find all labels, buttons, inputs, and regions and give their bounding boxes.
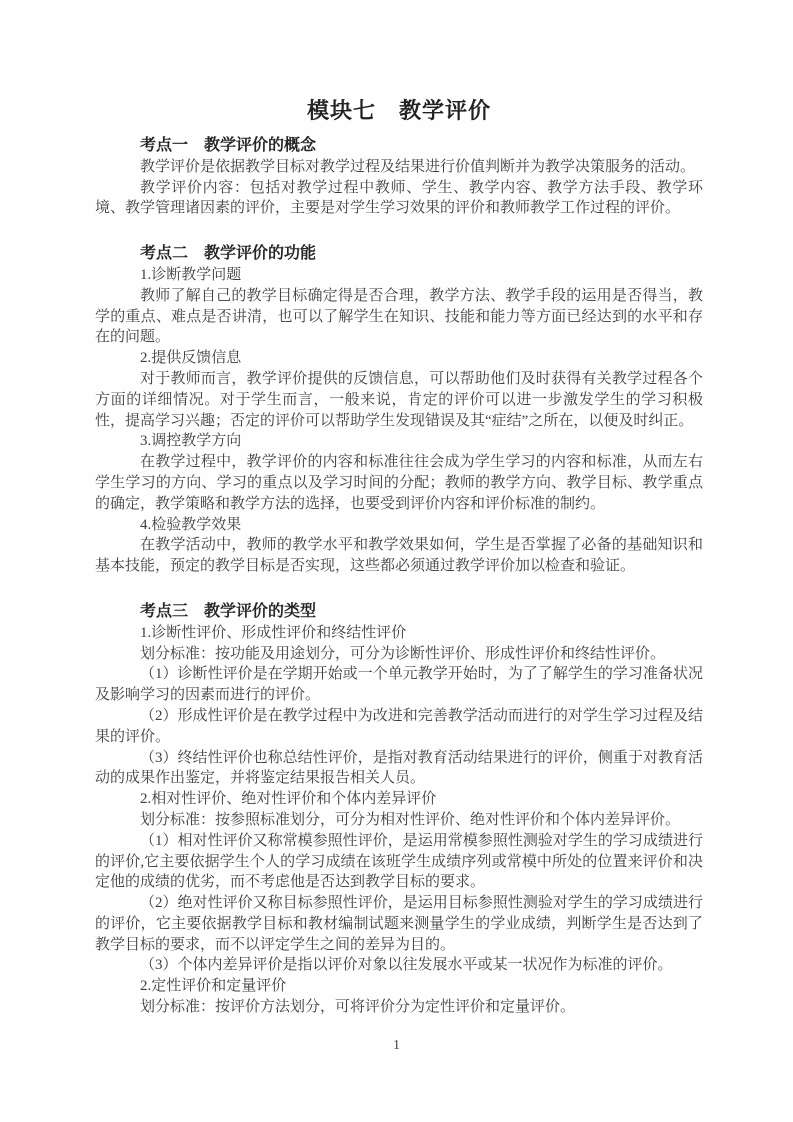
- document-body: 模块七 教学评价 考点一 教学评价的概念 教学评价是依据教学目标对教学过程及结果…: [95, 96, 703, 1018]
- paragraph: 在教学过程中，教学评价的内容和标准往往会成为学生学习的内容和标准，从而左右学生学…: [95, 452, 703, 514]
- section-blocks: 1.诊断性评价、形成性评价和终结性评价划分标准：按功能及用途划分，可分为诊断性评…: [95, 623, 703, 1018]
- paragraph: （2）绝对性评价又称目标参照性评价，是运用目标参照性测验对学生的学习成绩进行的评…: [95, 893, 703, 955]
- document-title: 模块七 教学评价: [95, 96, 703, 126]
- sections-container: 考点一 教学评价的概念 教学评价是依据教学目标对教学过程及结果进行价值判断并为教…: [95, 136, 703, 1018]
- section-heading: 考点二 教学评价的功能: [95, 244, 703, 265]
- section-blocks: 教学评价是依据教学目标对教学过程及结果进行价值判断并为教学决策服务的活动。教学评…: [95, 157, 703, 219]
- paragraph: 教学评价是依据教学目标对教学过程及结果进行价值判断并为教学决策服务的活动。: [95, 157, 703, 178]
- paragraph: 4.检验教学效果: [95, 515, 703, 536]
- section-2: 考点二 教学评价的功能 1.诊断教学问题教师了解自己的教学目标确定得是否合理，教…: [95, 244, 703, 577]
- paragraph: 划分标准：按参照标准划分，可分为相对性评价、绝对性评价和个体内差异评价。: [95, 810, 703, 831]
- paragraph: 教学评价内容：包括对教学过程中教师、学生、教学内容、教学方法手段、教学环境、教学…: [95, 178, 703, 220]
- document-page: 模块七 教学评价 考点一 教学评价的概念 教学评价是依据教学目标对教学过程及结果…: [0, 0, 793, 1122]
- paragraph: （3）终结性评价也称总结性评价，是指对教育活动结果进行的评价，侧重于对教育活动的…: [95, 748, 703, 790]
- paragraph: 在教学活动中，教师的教学水平和教学效果如何，学生是否掌握了必备的基础知识和基本技…: [95, 535, 703, 577]
- paragraph: 教师了解自己的教学目标确定得是否合理，教学方法、教学手段的运用是否得当，教学的重…: [95, 286, 703, 348]
- paragraph: （1）诊断性评价是在学期开始或一个单元教学开始时，为了了解学生的学习准备状况及影…: [95, 664, 703, 706]
- paragraph: 对于教师而言，教学评价提供的反馈信息，可以帮助他们及时获得有关教学过程各个方面的…: [95, 369, 703, 431]
- page-number: 1: [0, 1037, 793, 1055]
- paragraph: 2.提供反馈信息: [95, 348, 703, 369]
- paragraph: 2.定性评价和定量评价: [95, 976, 703, 997]
- paragraph: 3.调控教学方向: [95, 431, 703, 452]
- paragraph: 1.诊断性评价、形成性评价和终结性评价: [95, 623, 703, 644]
- paragraph: （3）个体内差异评价是指以评价对象以往发展水平或某一状况作为标准的评价。: [95, 955, 703, 976]
- section-heading: 考点三 教学评价的类型: [95, 602, 703, 623]
- section-1: 考点一 教学评价的概念 教学评价是依据教学目标对教学过程及结果进行价值判断并为教…: [95, 136, 703, 219]
- paragraph: 划分标准：按功能及用途划分，可分为诊断性评价、形成性评价和终结性评价。: [95, 644, 703, 665]
- section-heading: 考点一 教学评价的概念: [95, 136, 703, 157]
- section-3: 考点三 教学评价的类型 1.诊断性评价、形成性评价和终结性评价划分标准：按功能及…: [95, 602, 703, 1018]
- paragraph: （2）形成性评价是在教学过程中为改进和完善教学活动而进行的对学生学习过程及结果的…: [95, 706, 703, 748]
- section-blocks: 1.诊断教学问题教师了解自己的教学目标确定得是否合理，教学方法、教学手段的运用是…: [95, 265, 703, 577]
- paragraph: 2.相对性评价、绝对性评价和个体内差异评价: [95, 789, 703, 810]
- paragraph: 1.诊断教学问题: [95, 265, 703, 286]
- paragraph: 划分标准：按评价方法划分，可将评价分为定性评价和定量评价。: [95, 997, 703, 1018]
- paragraph: （1）相对性评价又称常模参照性评价，是运用常模参照性测验对学生的学习成绩进行的评…: [95, 831, 703, 893]
